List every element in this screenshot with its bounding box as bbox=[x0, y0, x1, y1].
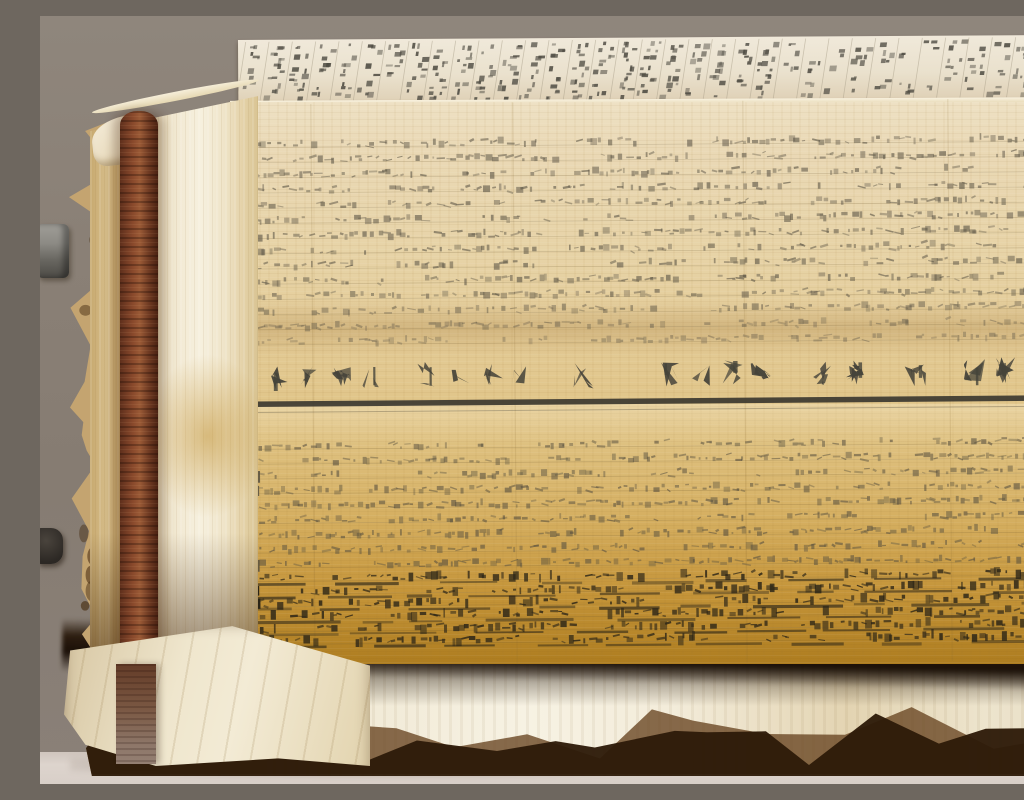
hieratic-text-block bbox=[236, 98, 1024, 667]
papyrus-scroll-photo bbox=[40, 16, 1024, 784]
wooden-strap-lower bbox=[116, 664, 156, 764]
unrolled-papyrus-sheet bbox=[232, 102, 1024, 664]
top-band-vertical-columns bbox=[238, 35, 1024, 106]
dark-knob bbox=[40, 528, 63, 564]
wooden-strap bbox=[120, 111, 158, 669]
vertical-glyph-columns bbox=[238, 35, 1024, 106]
metal-peg bbox=[40, 224, 69, 278]
